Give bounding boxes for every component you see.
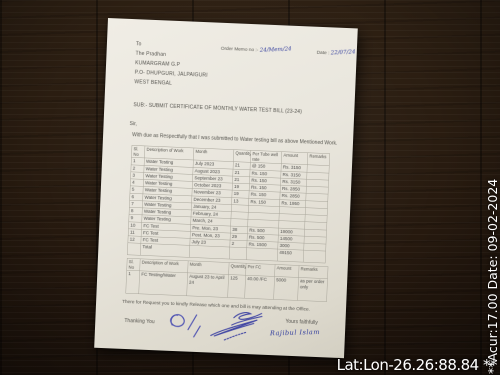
address-block: To The Pradhan KUMARGRAM G.P P.O- DHUPGU… <box>134 41 209 92</box>
table-cell <box>229 247 246 260</box>
column-header: Amount <box>281 152 307 165</box>
memo-value-handwritten: 24/Mem/24 <box>259 45 291 53</box>
column-header: Remarks <box>307 153 329 166</box>
table-cell: as per order only <box>298 278 328 302</box>
gps-latlon-overlay: Lat:Lon-26.26:88.84 ** <box>337 356 497 374</box>
date-value-handwritten: 22/07/24 <box>331 48 356 56</box>
table-cell <box>189 245 229 259</box>
column-header: Amount <box>275 264 299 277</box>
fc-testing-bill-table: Sl. NoDescription of WorkMonthQuantityPe… <box>125 258 328 302</box>
table-cell: 125 <box>228 275 246 299</box>
column-header: Quantity <box>233 150 250 163</box>
salutation: Sir, <box>129 121 136 128</box>
accuracy-date-overlay: **Acur:17.00 Date: 09-02-2024 <box>485 179 500 374</box>
column-header: Sl. No <box>127 258 140 271</box>
date-label: Date : <box>317 50 330 56</box>
column-header: Sl. No <box>131 145 144 158</box>
signature-scribble-center <box>201 303 295 352</box>
photo-of-document: To The Pradhan KUMARGRAM G.P P.O- DHUPGU… <box>0 0 500 375</box>
letter-date: Date : 22/07/24 <box>317 49 356 58</box>
memo-label: Order Memo no :- <box>221 46 259 53</box>
table-cell: Total <box>140 243 189 257</box>
body-text: With due as Respectfully that I was subm… <box>132 132 342 147</box>
water-testing-bill-table: Sl. NoDescription of WorkMonthQuantityPe… <box>127 145 330 263</box>
table-cell: 40.00 /FC <box>245 275 275 299</box>
table-cell: 1 <box>126 270 140 294</box>
table-cell: 5000 <box>274 277 299 301</box>
column-header: Quantity <box>229 263 246 276</box>
table-cell: 49150 <box>277 249 303 262</box>
address-line: WEST BENGAL <box>134 79 207 92</box>
table-cell <box>303 250 325 263</box>
column-header: Per Tube well rate <box>250 150 281 163</box>
subject-line: SUB:- SUBMIT CERTIFICATE OF MONTHLY WATE… <box>133 102 302 115</box>
letter-content: To The Pradhan KUMARGRAM G.P P.O- DHUPGU… <box>94 18 358 358</box>
thanking-you-label: Thanking You <box>124 318 155 326</box>
table-cell <box>127 243 140 256</box>
table-cell <box>246 248 277 261</box>
table-cell: August 23 to April 24 <box>187 273 229 298</box>
memo-number: Order Memo no :- 24/Mem/24 <box>221 45 292 55</box>
document-paper: To The Pradhan KUMARGRAM G.P P.O- DHUPGU… <box>94 18 358 358</box>
table-cell: FC Testing/Water <box>139 271 188 296</box>
